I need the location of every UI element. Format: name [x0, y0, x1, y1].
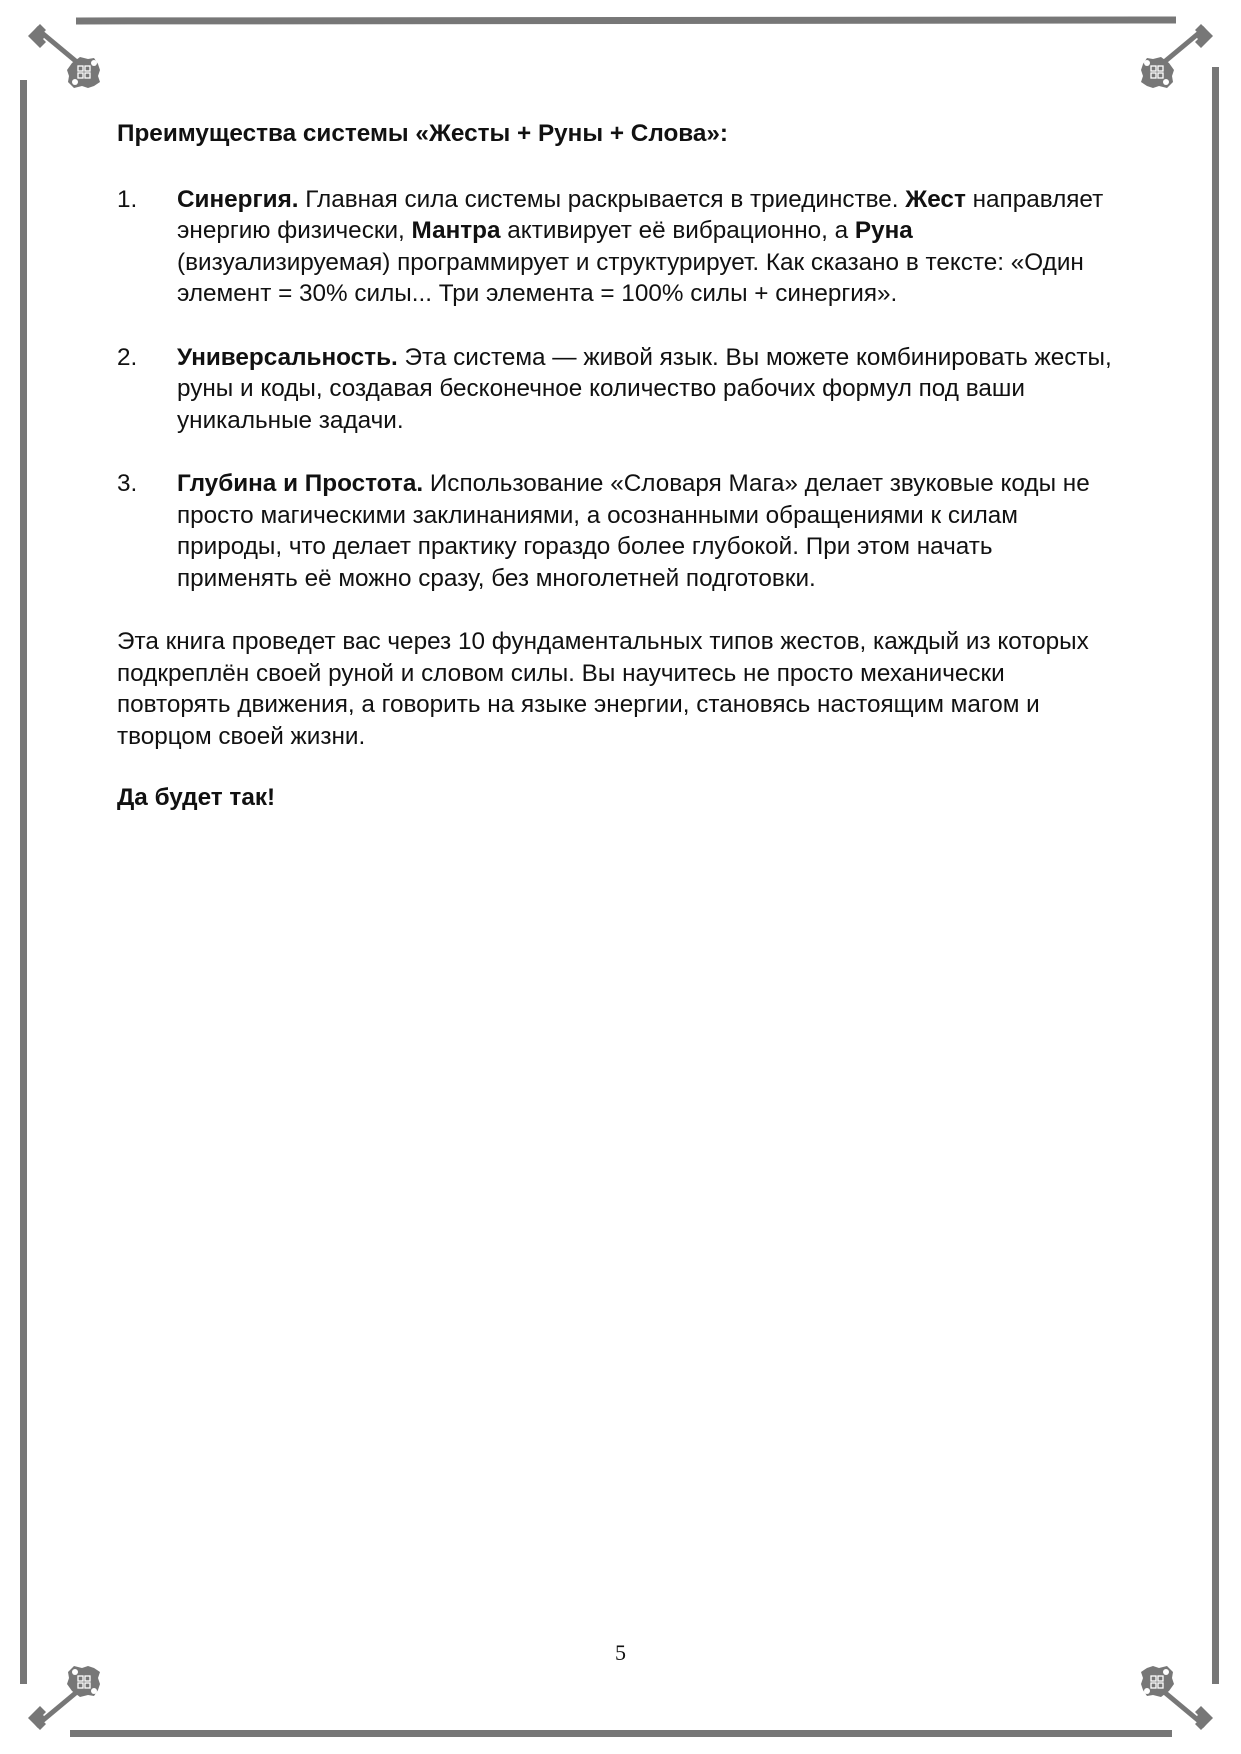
text-run: активирует её вибрационно, а [501, 217, 855, 244]
bold-term: Мантра [412, 217, 501, 244]
closing-line: Да будет так! [117, 782, 1117, 814]
body-paragraph: Эта книга проведет вас через 10 фундамен… [117, 626, 1117, 752]
list-number: 1. [117, 184, 137, 216]
list-number: 3. [117, 468, 137, 500]
page-content: Преимущества системы «Жесты + Руны + Сло… [117, 118, 1117, 814]
frame-right-border [1212, 67, 1219, 1684]
bold-term: Универсальность. [177, 344, 398, 371]
frame-left-border [20, 80, 27, 1684]
key-icon [1121, 8, 1231, 118]
list-text: Глубина и Простота. Использование «Слова… [177, 470, 1090, 592]
bold-term: Глубина и Простота. [177, 470, 423, 497]
key-icon [10, 8, 120, 118]
list-text: Универсальность. Эта система — живой язы… [177, 344, 1112, 434]
bold-term: Руна [855, 217, 913, 244]
section-heading: Преимущества системы «Жесты + Руны + Сло… [117, 118, 1117, 150]
list-item: 2. Универсальность. Эта система — живой … [117, 342, 1117, 437]
frame-bottom-border [70, 1730, 1172, 1737]
list-text: Синергия. Главная сила системы раскрывае… [177, 186, 1103, 308]
text-run: (визуализируемая) программирует и структ… [177, 249, 1084, 308]
text-run: Главная сила системы раскрывается в трие… [299, 186, 906, 213]
bold-term: Жест [905, 186, 966, 213]
bold-term: Синергия. [177, 186, 299, 213]
list-number: 2. [117, 342, 137, 374]
list-item: 3. Глубина и Простота. Использование «Сл… [117, 468, 1117, 594]
benefits-list: 1. Синергия. Главная сила системы раскры… [117, 184, 1117, 595]
frame-top-border [76, 17, 1176, 25]
list-item: 1. Синергия. Главная сила системы раскры… [117, 184, 1117, 310]
page-number: 5 [0, 1640, 1241, 1666]
